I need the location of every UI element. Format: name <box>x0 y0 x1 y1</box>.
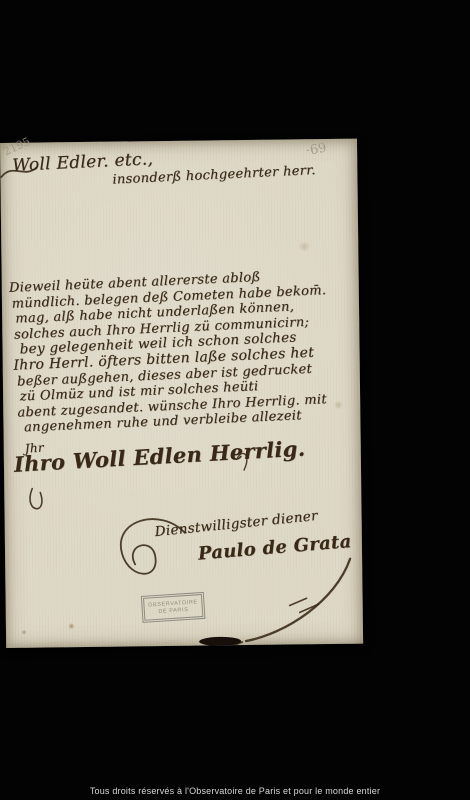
signature: Paulo de Grata <box>197 531 352 565</box>
manuscript-paper-sheet: 2195 ·69 Woll Edler. etc., insonderß hoc… <box>0 139 363 648</box>
observatoire-stamp-text: OBSERVATOIRE DE PARIS <box>143 594 203 621</box>
ink-blot <box>199 637 241 647</box>
foxing-stain <box>68 623 75 629</box>
stamp-line-2: DE PARIS <box>158 606 188 615</box>
archive-scan-page: { "colors":{ "bg":"#030303", "paper":"#d… <box>0 0 470 800</box>
observatoire-stamp: OBSERVATOIRE DE PARIS <box>141 592 206 623</box>
copyright-caption: Tous droits réservés à l'Observatoire de… <box>0 786 470 796</box>
foxing-stain <box>297 242 311 251</box>
foxing-stain <box>21 630 27 635</box>
folio-number-top-right: ·69 <box>305 141 328 160</box>
closing-formula: Ihro Woll Edlen Herrlig. <box>13 436 306 477</box>
letter-body: Dieweil heüte abent allererste abloß mün… <box>9 267 332 437</box>
foxing-stain <box>333 401 343 409</box>
